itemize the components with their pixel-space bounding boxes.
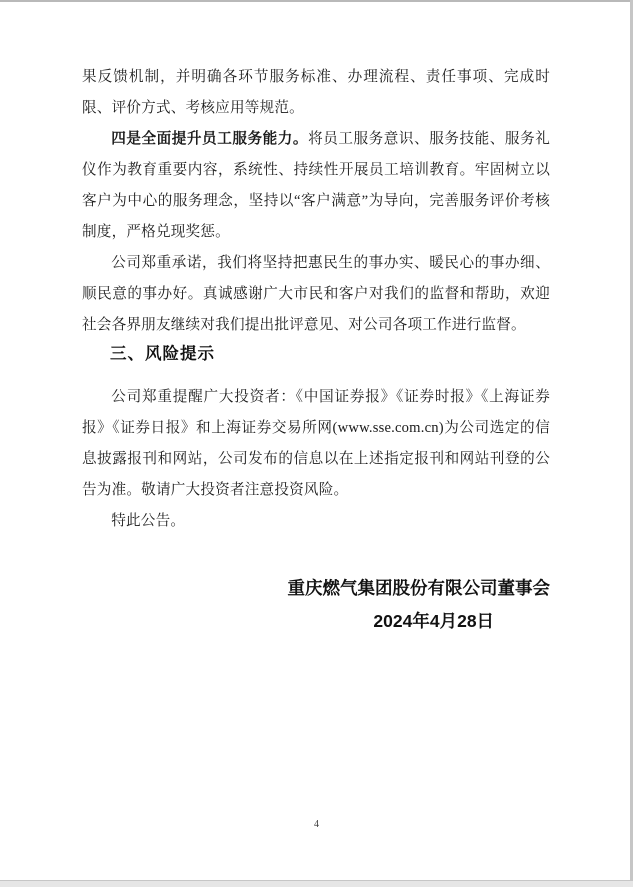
paragraph-measure-four-body: 将员工服务意识、服务技能、服务礼仪作为教育重要内容，系统性、持续性开展员工培训教… bbox=[82, 131, 550, 240]
paragraph-commitment: 公司郑重承诺，我们将坚持把惠民生的事办实、暖民心的事办细、顺民意的事办好。真诚感… bbox=[82, 248, 550, 341]
signature-company-board: 重庆燃气集团股份有限公司董事会 bbox=[288, 572, 551, 605]
paragraph-measure-four: 四是全面提升员工服务能力。将员工服务意识、服务技能、服务礼仪作为教育重要内容，系… bbox=[82, 124, 550, 248]
section-heading-risk-notice: 三、风险提示 bbox=[82, 341, 550, 367]
paragraph-risk-reminder: 公司郑重提醒广大投资者：《中国证券报》《证券时报》《上海证券报》《证券日报》和上… bbox=[82, 382, 550, 506]
document-body: 果反馈机制，并明确各环节服务标准、办理流程、责任事项、完成时限、评价方式、考核应… bbox=[82, 62, 550, 638]
document-page: { "page": { "background": "#ffffff", "ed… bbox=[0, 0, 633, 887]
page-bottom-edge bbox=[0, 880, 633, 887]
page-top-edge bbox=[0, 0, 633, 2]
page-number: 4 bbox=[0, 818, 633, 832]
signature-date: 2024年4月28日 bbox=[303, 605, 566, 638]
signature-block: 重庆燃气集团股份有限公司董事会 2024年4月28日 bbox=[288, 572, 551, 638]
paragraph-closing: 特此公告。 bbox=[82, 506, 550, 537]
paragraph-measure-four-lead: 四是全面提升员工服务能力。 bbox=[111, 131, 308, 147]
paragraph-continuation: 果反馈机制，并明确各环节服务标准、办理流程、责任事项、完成时限、评价方式、考核应… bbox=[82, 62, 550, 124]
